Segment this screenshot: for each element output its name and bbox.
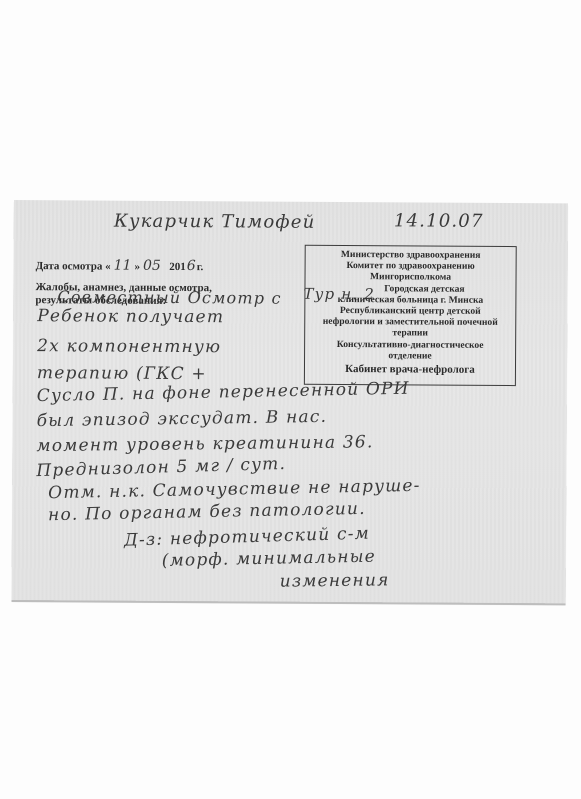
medical-note-slip: Кукарчик Тимофей 14.10.07 Дата осмотра «…: [12, 200, 568, 603]
handwritten-note-line: момент уровень креатинина 36.: [36, 432, 373, 456]
exam-date-year-unit: г.: [197, 261, 204, 273]
handwritten-stamp-overlap: Тур н. 2: [303, 285, 375, 303]
handwritten-note-line: Совместный Осмотр с: [57, 287, 281, 307]
stamp-line: нефрологии и заместительной почечной: [305, 316, 515, 328]
handwritten-patient-name: Кукарчик Тимофей: [114, 211, 316, 233]
exam-date-year-suffix: 6: [186, 258, 197, 274]
handwritten-birth-date: 14.10.07: [394, 210, 484, 232]
stamp-line: отделение: [305, 350, 515, 362]
exam-date-year-prefix: 201: [169, 261, 186, 273]
stamp-line-cabinet: Кабинет врача-нефролога: [305, 362, 515, 377]
stamp-line: Консультативно-диагностическое: [305, 338, 515, 350]
exam-date-line: Дата осмотра «11»05 2016г.: [36, 259, 204, 274]
handwritten-note-line: 2х компонентную: [37, 336, 221, 357]
handwritten-note-line: (морф. минимальные: [162, 547, 377, 571]
exam-date-day: 11: [111, 258, 135, 274]
exam-date-month: 05: [140, 258, 164, 274]
handwritten-note-line: изменения: [280, 570, 390, 591]
handwritten-note-line: Ребенок получает: [37, 306, 224, 327]
handwritten-note-line: но. По органам без патологии.: [48, 499, 366, 525]
handwritten-note-line: терапию (ГКС +: [37, 363, 207, 384]
institution-stamp: Министерство здравоохранения Комитет по …: [304, 245, 517, 386]
exam-date-label: Дата осмотра «: [36, 260, 111, 272]
scanned-page: Кукарчик Тимофей 14.10.07 Дата осмотра «…: [0, 0, 581, 799]
handwritten-note-line: был эпизод экссудат. В нас.: [37, 407, 328, 431]
handwritten-note-line: Преднизолон 5 мг / сут.: [36, 454, 286, 481]
slip-edge-shadow: [12, 600, 566, 605]
